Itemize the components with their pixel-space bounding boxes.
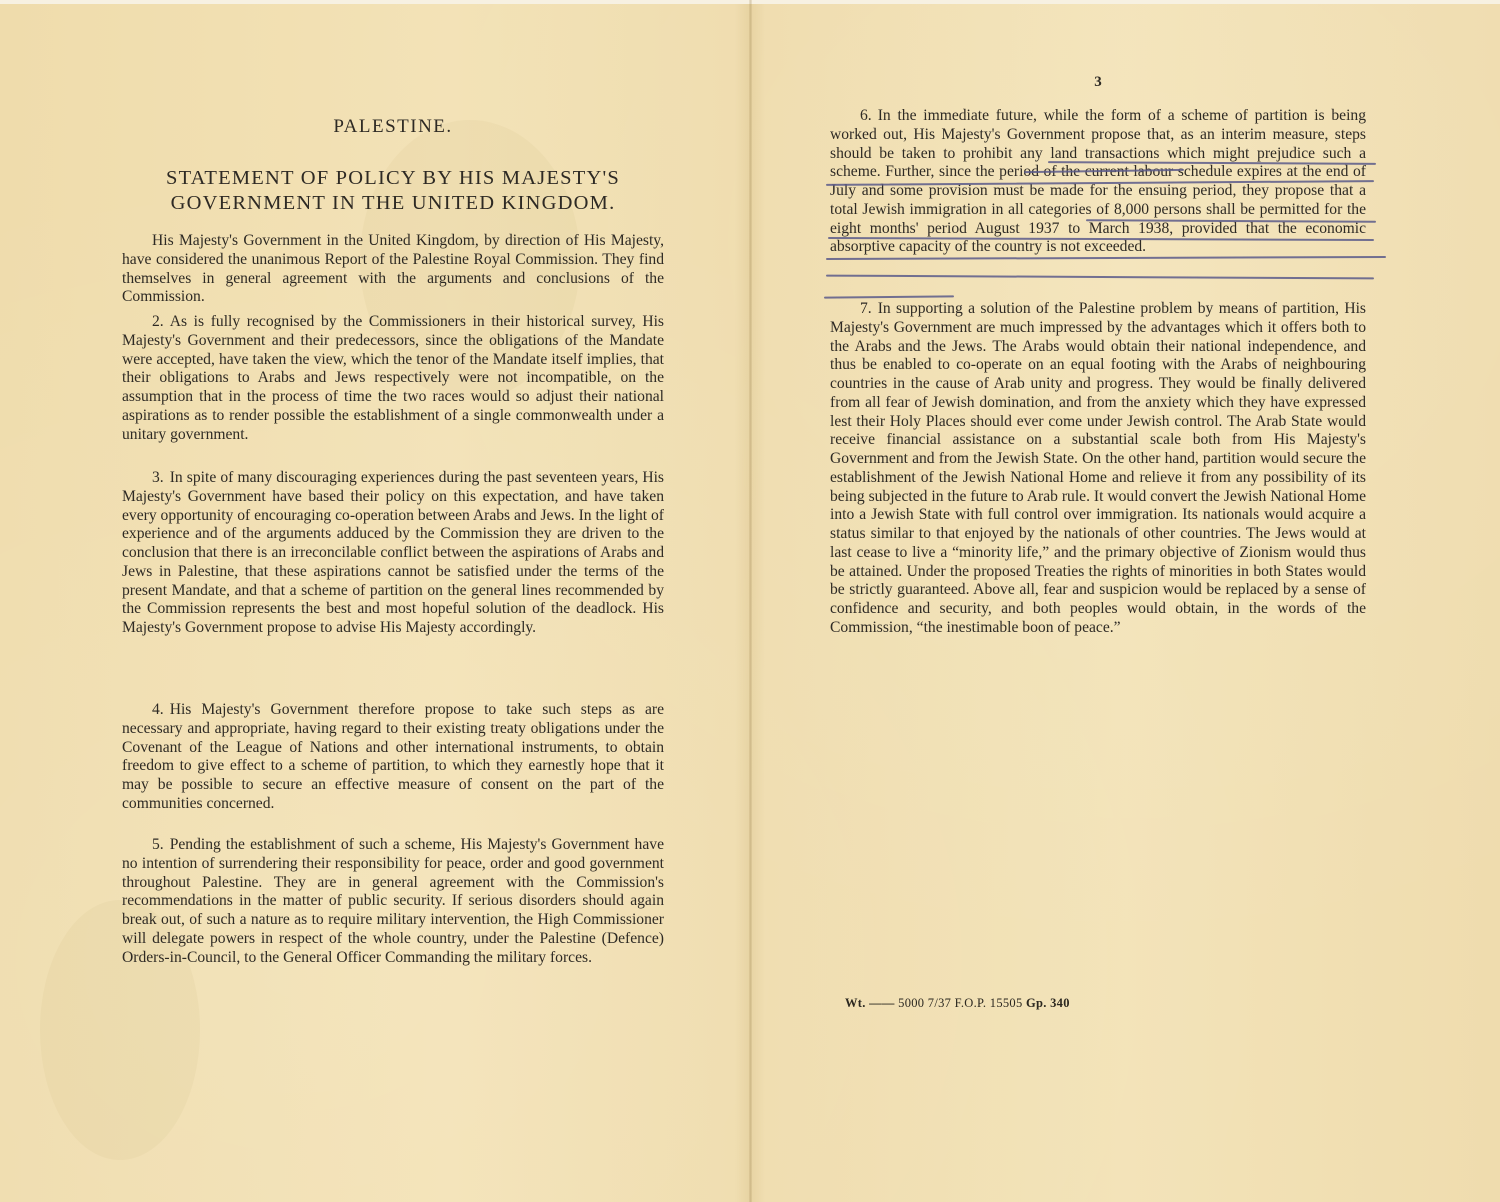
paragraph-number: 2. — [152, 313, 164, 330]
paragraph-text: Pending the establishment of such a sche… — [122, 836, 664, 966]
paragraph-number: 3. — [152, 469, 164, 486]
printer-imprint: Wt. —— 5000 7/37 F.O.P. 15505 Gp. 340 — [845, 996, 1070, 1011]
imprint-run: 5000 7/37 F.O.P. 15505 — [898, 996, 1022, 1010]
paragraph-3: 3.In spite of many discouraging experien… — [122, 469, 664, 638]
paragraph-number: 4. — [152, 701, 164, 718]
paragraph-number: 5. — [152, 836, 164, 853]
heading-line-2: GOVERNMENT IN THE UNITED KINGDOM. — [171, 192, 616, 214]
center-fold — [749, 0, 752, 1202]
paragraph-5: 5.Pending the establishment of such a sc… — [122, 836, 664, 967]
paragraph-7: 7.In supporting a solution of the Palest… — [830, 300, 1366, 638]
document-title: PALESTINE. — [122, 116, 664, 138]
paragraph-text: His Majesty's Government in the United K… — [122, 232, 664, 305]
imprint-weight: Wt. —— — [845, 996, 895, 1010]
document-heading: STATEMENT OF POLICY BY HIS MAJESTY'S GOV… — [122, 166, 664, 216]
paragraph-number: 6. — [860, 107, 872, 124]
paragraph-text: In supporting a solution of the Palestin… — [830, 300, 1366, 636]
imprint-group: Gp. 340 — [1026, 996, 1070, 1010]
paragraph-2: 2.As is fully recognised by the Commissi… — [122, 313, 664, 444]
paragraph-number: 7. — [860, 300, 872, 317]
paragraph-text: As is fully recognised by the Commission… — [122, 313, 664, 443]
heading-line-1: STATEMENT OF POLICY BY HIS MAJESTY'S — [166, 167, 620, 189]
paragraph-text: In spite of many discouraging experience… — [122, 469, 664, 636]
paragraph-4: 4.His Majesty's Government therefore pro… — [122, 701, 664, 814]
paragraph-1: His Majesty's Government in the United K… — [122, 232, 664, 307]
paragraph-text: His Majesty's Government therefore propo… — [122, 701, 664, 812]
page-number: 3 — [830, 74, 1366, 91]
